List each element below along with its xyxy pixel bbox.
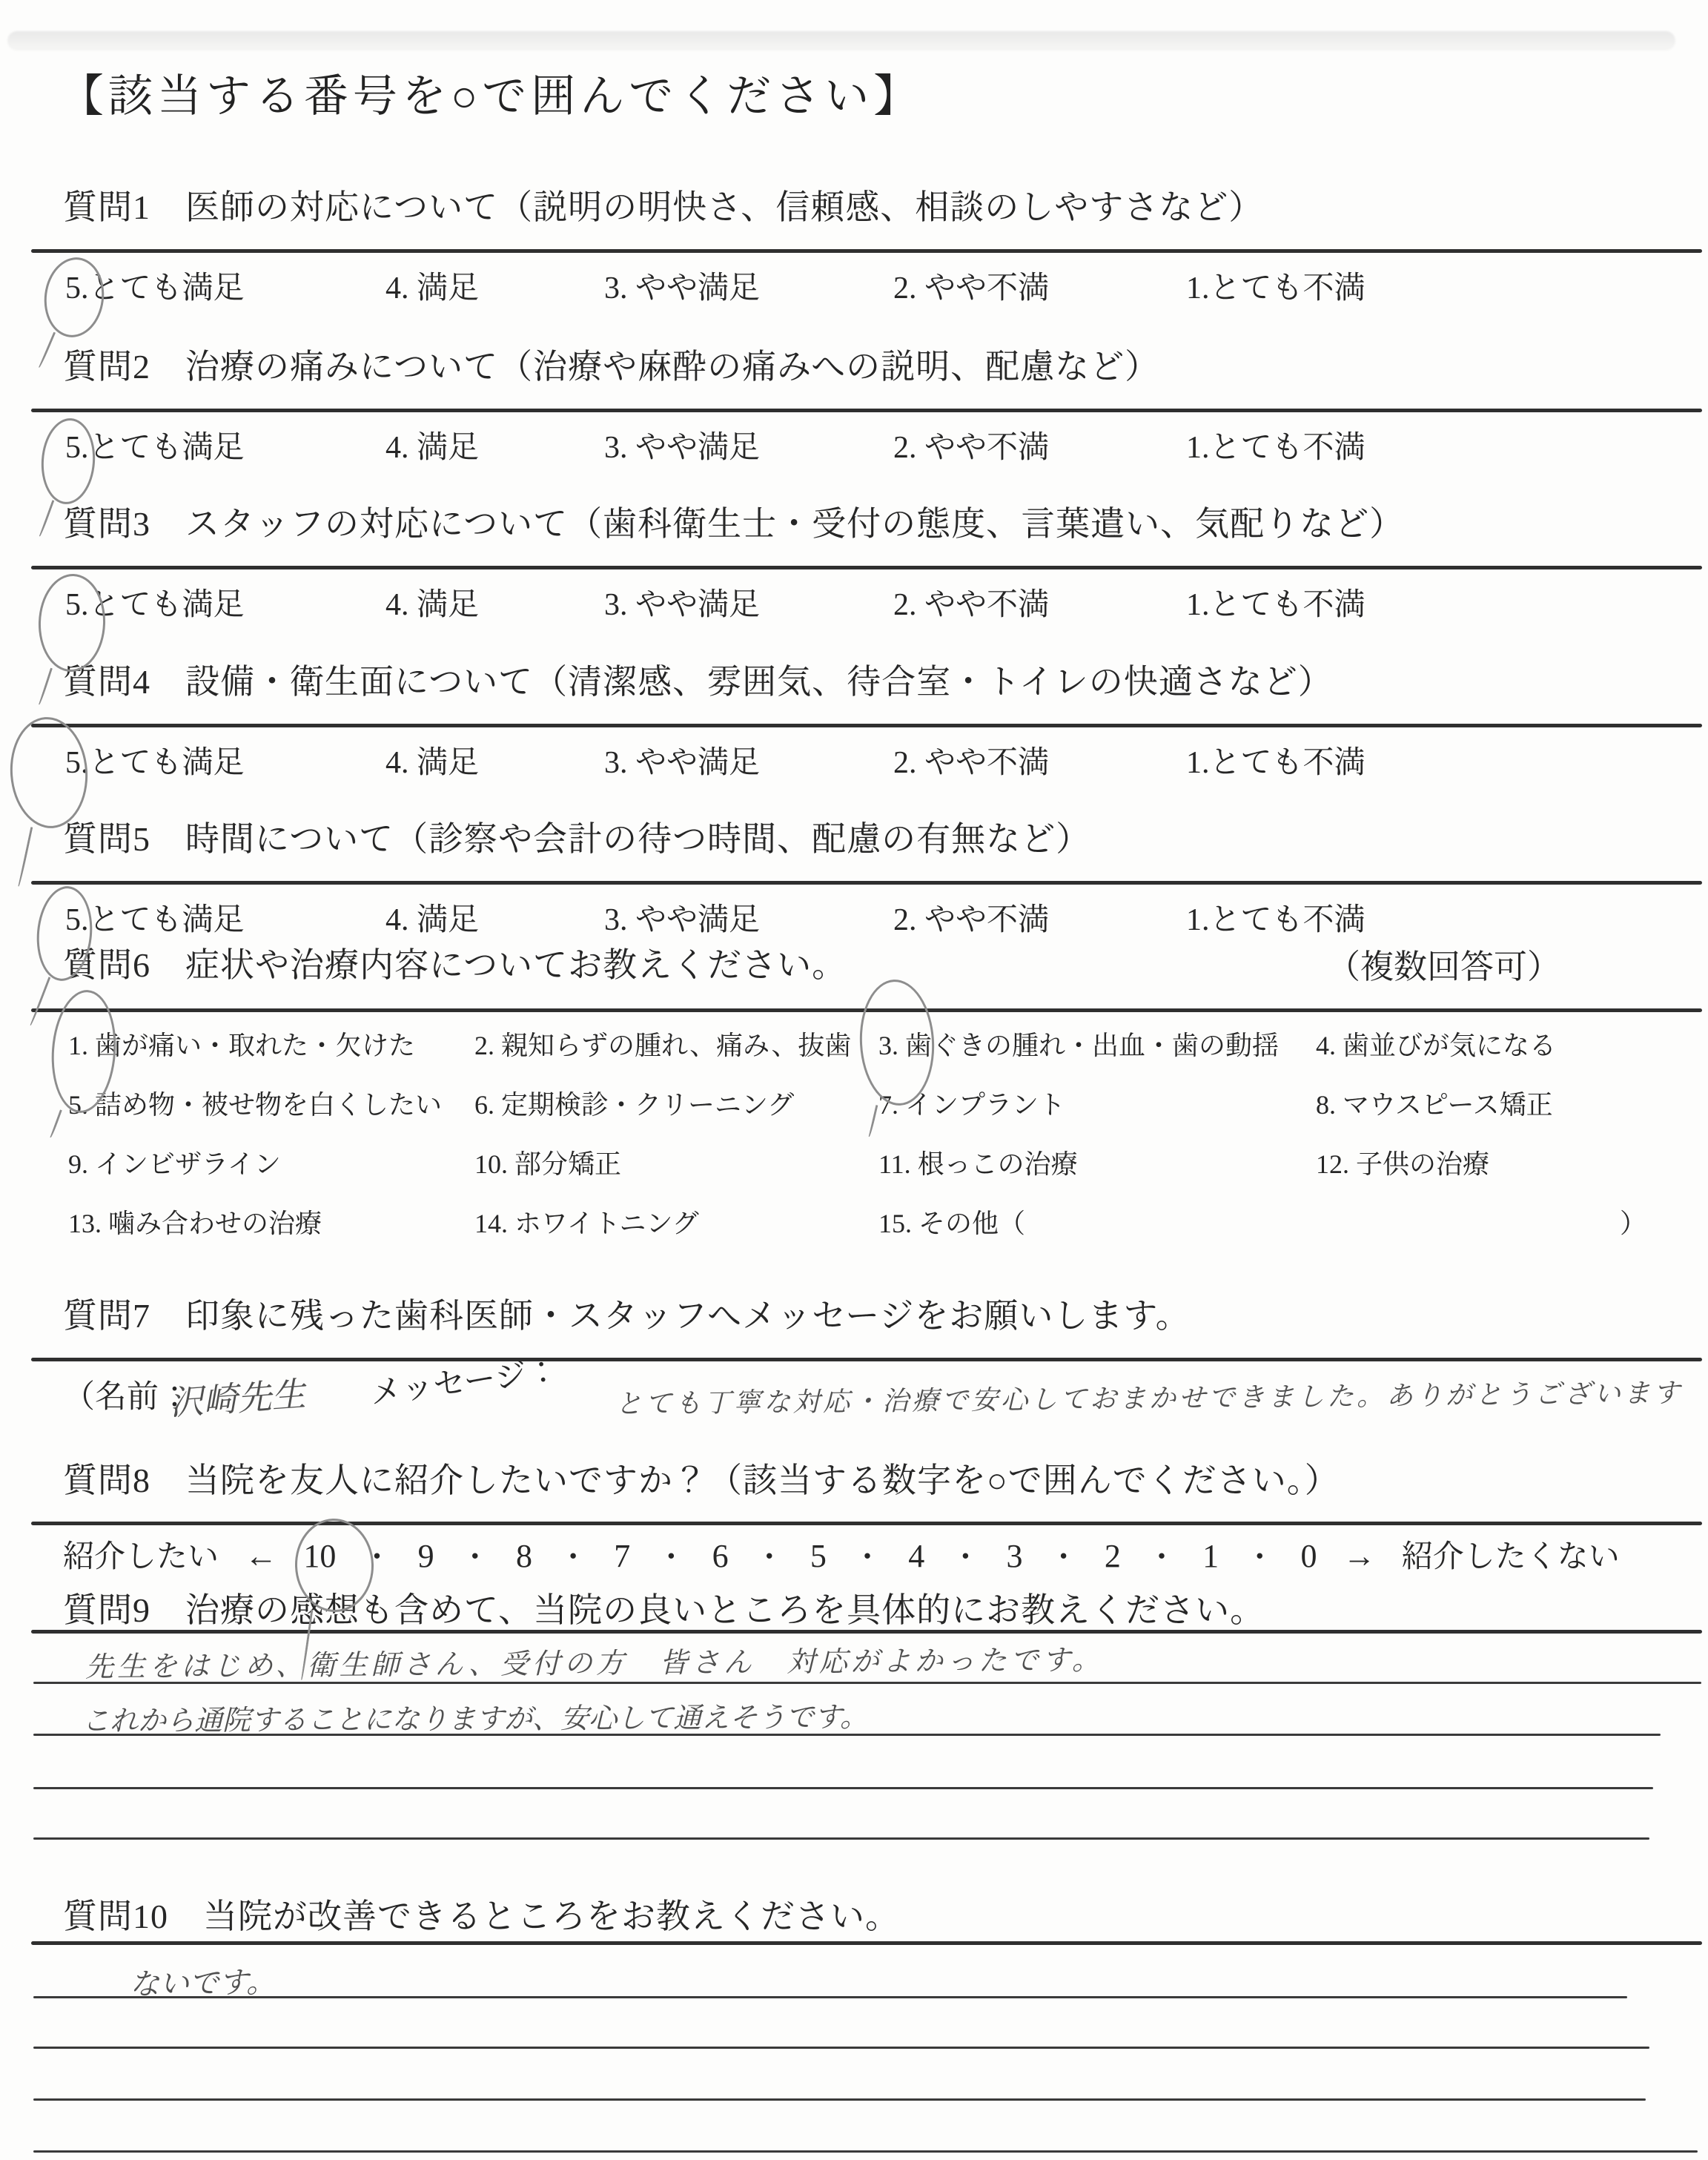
q6-item-10: 10. 部分矯正 — [474, 1143, 621, 1181]
question-8-underline — [31, 1522, 1702, 1525]
q6-item-2: 2. 親知らずの腫れ、痛み、抜歯 — [474, 1025, 851, 1063]
question-7-title: 質問7 印象に残った歯科医師・スタッフへメッセージをお願いします。 — [63, 1289, 1191, 1338]
q4-option-2: 2. やや不満 — [893, 738, 1049, 782]
q4-option-4: 4. 満足 — [385, 738, 479, 782]
question-4-options: 5.とても満足 4. 満足 3. やや満足 2. やや不満 1.とても不満 — [0, 738, 1708, 782]
question-1-options: 5.とても満足 4. 満足 3. やや満足 2. やや不満 1.とても不満 — [0, 263, 1708, 308]
dot-separator: ・ — [950, 1533, 980, 1576]
q2-option-4: 4. 満足 — [385, 423, 479, 467]
q5-option-5: 5.とても満足 — [65, 895, 245, 939]
q9-writing-line-4 — [33, 1837, 1649, 1840]
dot-separator: ・ — [460, 1533, 490, 1576]
q8-number-5: 5 — [810, 1537, 827, 1575]
q8-number-6: 6 — [712, 1537, 729, 1575]
q8-number-4: 4 — [908, 1537, 924, 1575]
q8-number-8: 8 — [516, 1537, 532, 1575]
q3-option-3: 3. やや満足 — [604, 580, 760, 624]
q3-option-2: 2. やや不満 — [893, 580, 1049, 624]
q6-item-11: 11. 根っこの治療 — [878, 1143, 1078, 1181]
question-5-options: 5.とても満足 4. 満足 3. やや満足 2. やや不満 1.とても不満 — [0, 895, 1708, 939]
dot-separator: ・ — [755, 1533, 784, 1576]
dot-separator: ・ — [656, 1533, 686, 1576]
q10-writing-line-2 — [33, 2047, 1649, 2049]
dot-separator: ・ — [853, 1533, 882, 1576]
q5-option-4: 4. 満足 — [385, 895, 479, 939]
question-5-title: 質問5 時間について（診察や会計の待つ時間、配慮の有無など） — [63, 812, 1090, 861]
question-3-underline — [31, 566, 1702, 569]
question-2-underline — [31, 409, 1702, 412]
question-3-title: 質問3 スタッフの対応について（歯科衛生士・受付の態度、言葉遣い、気配りなど） — [63, 497, 1404, 546]
q7-handwritten-message: とても丁寧な対応・治療で安心しておまかせできました。ありがとうございます — [615, 1372, 1683, 1421]
q9-handwritten-line-1: 先生をはじめ、衛生師さん、受付の方 皆さん 対応がよかったです。 — [85, 1636, 1104, 1685]
right-arrow-icon: → — [1343, 1537, 1376, 1575]
question-4-underline — [31, 724, 1702, 727]
question-6-note: （複数回答可） — [1327, 939, 1560, 988]
q6-item-9: 9. インビザライン — [68, 1143, 281, 1181]
page-title: 【該当する番号を○で囲んでください】 — [59, 61, 922, 125]
q8-left-label: 紹介したい — [63, 1532, 219, 1576]
q8-number-7: 7 — [614, 1537, 630, 1575]
question-10-title: 質問10 当院が改善できるところをお教えください。 — [63, 1889, 900, 1938]
q6-item-15: 15. その他（ — [878, 1203, 1025, 1241]
left-arrow-icon: ← — [245, 1537, 277, 1575]
q1-option-2: 2. やや不満 — [893, 263, 1049, 308]
q5-option-2: 2. やや不満 — [893, 895, 1049, 939]
q8-right-label: 紹介したくない — [1402, 1532, 1620, 1576]
q6-item-13: 13. 噛み合わせの治療 — [68, 1203, 322, 1241]
question-6-title: 質問6 症状や治療内容についてお教えください。 — [63, 938, 847, 987]
q9-writing-line-1 — [33, 1682, 1701, 1684]
q10-writing-line-3 — [33, 2098, 1646, 2101]
question-9-title: 質問9 治療の感想も含めて、当院の良いところを具体的にお教えください。 — [63, 1583, 1265, 1632]
dot-separator: ・ — [1147, 1533, 1176, 1576]
q1-option-3: 3. やや満足 — [604, 263, 760, 308]
q6-item-6: 6. 定期検診・クリーニング — [474, 1084, 794, 1122]
q8-number-2: 2 — [1105, 1537, 1121, 1575]
q5-option-1: 1.とても不満 — [1186, 895, 1366, 939]
q3-option-4: 4. 満足 — [385, 580, 479, 624]
q6-item-1: 1. 歯が痛い・取れた・欠けた — [68, 1025, 415, 1063]
question-7-underline — [31, 1358, 1702, 1361]
q4-option-3: 3. やや満足 — [604, 738, 760, 782]
dot-separator: ・ — [558, 1533, 588, 1576]
q6-item-4: 4. 歯並びが気になる — [1316, 1025, 1556, 1063]
q5-option-3: 3. やや満足 — [604, 895, 760, 939]
survey-page: 【該当する番号を○で囲んでください】 質問1 医師の対応について（説明の明快さ、… — [0, 0, 1708, 2160]
q8-number-3: 3 — [1007, 1537, 1023, 1575]
question-2-title: 質問2 治療の痛みについて（治療や麻酔の痛みへの説明、配慮など） — [63, 340, 1159, 389]
q6-item-14: 14. ホワイトニング — [474, 1203, 699, 1241]
question-8-title: 質問8 当院を友人に紹介したいですか？（該当する数字を○で囲んでください。） — [63, 1453, 1340, 1502]
q7-handwritten-name: 沢崎先生 — [168, 1367, 307, 1426]
q6-item-12: 12. 子供の治療 — [1316, 1143, 1489, 1181]
q9-handwritten-line-2: これから通院することになりますが、安心して通えそうです。 — [82, 1694, 868, 1739]
q8-number-1: 1 — [1202, 1537, 1219, 1575]
question-1-underline — [31, 249, 1702, 253]
q1-option-4: 4. 満足 — [385, 263, 479, 308]
question-1-title: 質問1 医師の対応について（説明の明快さ、信頼感、相談のしやすさなど） — [63, 180, 1263, 229]
q7-message-label: メッセージ： — [367, 1346, 560, 1414]
q6-item-3: 3. 歯ぐきの腫れ・出血・歯の動揺 — [878, 1025, 1279, 1063]
q4-option-5: 5.とても満足 — [65, 738, 245, 782]
q2-option-1: 1.とても不満 — [1186, 423, 1366, 467]
question-5-underline — [31, 881, 1702, 885]
dot-separator: ・ — [1245, 1533, 1274, 1576]
q6-item-5: 5. 詰め物・被せ物を白くしたい — [68, 1084, 442, 1122]
q10-writing-line-1 — [33, 1996, 1627, 1998]
q10-writing-line-4 — [33, 2150, 1698, 2153]
question-9-underline — [31, 1630, 1702, 1634]
dot-separator: ・ — [1049, 1533, 1079, 1576]
q8-number-9: 9 — [418, 1537, 434, 1575]
q6-item-15-closing-paren: ） — [1620, 1203, 1646, 1241]
scan-shadow-artifact — [7, 31, 1675, 50]
q4-option-1: 1.とても不満 — [1186, 738, 1366, 782]
question-2-options: 5.とても満足 4. 満足 3. やや満足 2. やや不満 1.とても不満 — [0, 423, 1708, 467]
q6-item-8: 8. マウスピース矯正 — [1316, 1084, 1553, 1122]
q2-option-2: 2. やや不満 — [893, 423, 1049, 467]
q9-writing-line-3 — [33, 1787, 1653, 1789]
q1-option-1: 1.とても不満 — [1186, 263, 1366, 308]
q8-number-0: 0 — [1300, 1537, 1317, 1575]
question-4-title: 質問4 設備・衛生面について（清潔感、雰囲気、待合室・トイレの快適さなど） — [63, 655, 1333, 704]
q3-option-1: 1.とても不満 — [1186, 580, 1366, 624]
q2-option-3: 3. やや満足 — [604, 423, 760, 467]
question-10-underline — [31, 1941, 1702, 1945]
question-3-options: 5.とても満足 4. 満足 3. やや満足 2. やや不満 1.とても不満 — [0, 580, 1708, 624]
q9-writing-line-2 — [33, 1734, 1661, 1736]
